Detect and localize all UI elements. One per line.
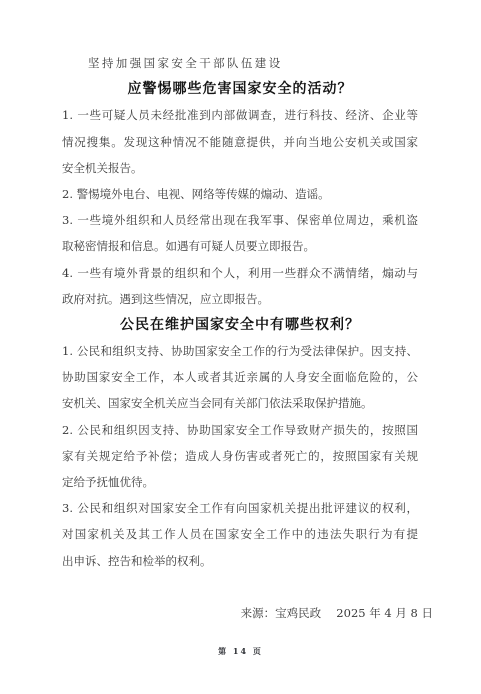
text-line: 出申诉、控告和检举的权利。 (62, 548, 418, 574)
document-page: 坚持加强国家安全干部队伍建设应警惕哪些危害国家安全的活动？1. 一些可疑人员未经… (0, 0, 481, 694)
text-line: 4. 一些有境外背景的组织和个人，利用一些群众不满情绪，煽动与 (62, 260, 418, 286)
text-line: 2. 公民和组织因支持、协助国家安全工作导致财产损失的，按照国 (62, 417, 418, 443)
text-line: 安机关、国家安全机关应当会同有关部门依法采取保护措施。 (62, 390, 418, 416)
page-number-label: 第 14 页 (218, 646, 263, 656)
text-line: 坚持加强国家安全干部队伍建设 (62, 50, 418, 76)
text-line: 1. 一些可疑人员未经批准到内部做调查，进行科技、经济、企业等 (62, 102, 418, 128)
text-line: 3. 公民和组织对国家安全工作有向国家机关提出批评建议的权利， (62, 495, 418, 521)
text-line: 2. 警惕境外电台、电视、网络等传媒的煽动、造谣。 (62, 181, 418, 207)
source-line: 来源：宝鸡民政 2025 年 4 月 8 日 (62, 600, 433, 626)
text-line: 1. 公民和组织支持、协助国家安全工作的行为受法律保护。因支持、 (62, 338, 418, 364)
text-line: 对国家机关及其工作人员在国家安全工作中的违法失职行为有提 (62, 521, 418, 547)
blank-line (62, 574, 418, 600)
text-line: 家有关规定给予补偿；造成人身伤害或者死亡的，按照国家有关规 (62, 443, 418, 469)
text-line: 取秘密情报和信息。如遇有可疑人员要立即报告。 (62, 233, 418, 259)
text-line: 协助国家安全工作，本人或者其近亲属的人身安全面临危险的，公 (62, 364, 418, 390)
section-heading: 公民在维护国家安全中有哪些权利？ (62, 312, 418, 338)
text-line: 3. 一些境外组织和人员经常出现在我军事、保密单位周边，乘机盗 (62, 207, 418, 233)
document-content: 坚持加强国家安全干部队伍建设应警惕哪些危害国家安全的活动？1. 一些可疑人员未经… (62, 50, 418, 626)
text-line: 安全机关报告。 (62, 155, 418, 181)
text-line: 定给予抚恤优待。 (62, 469, 418, 495)
page-footer: 第 14 页 (0, 643, 481, 657)
section-heading: 应警惕哪些危害国家安全的活动？ (62, 76, 418, 102)
text-line: 情况搜集。发现这种情况不能随意提供，并向当地公安机关或国家 (62, 129, 418, 155)
text-line: 政府对抗。遇到这些情况，应立即报告。 (62, 286, 418, 312)
